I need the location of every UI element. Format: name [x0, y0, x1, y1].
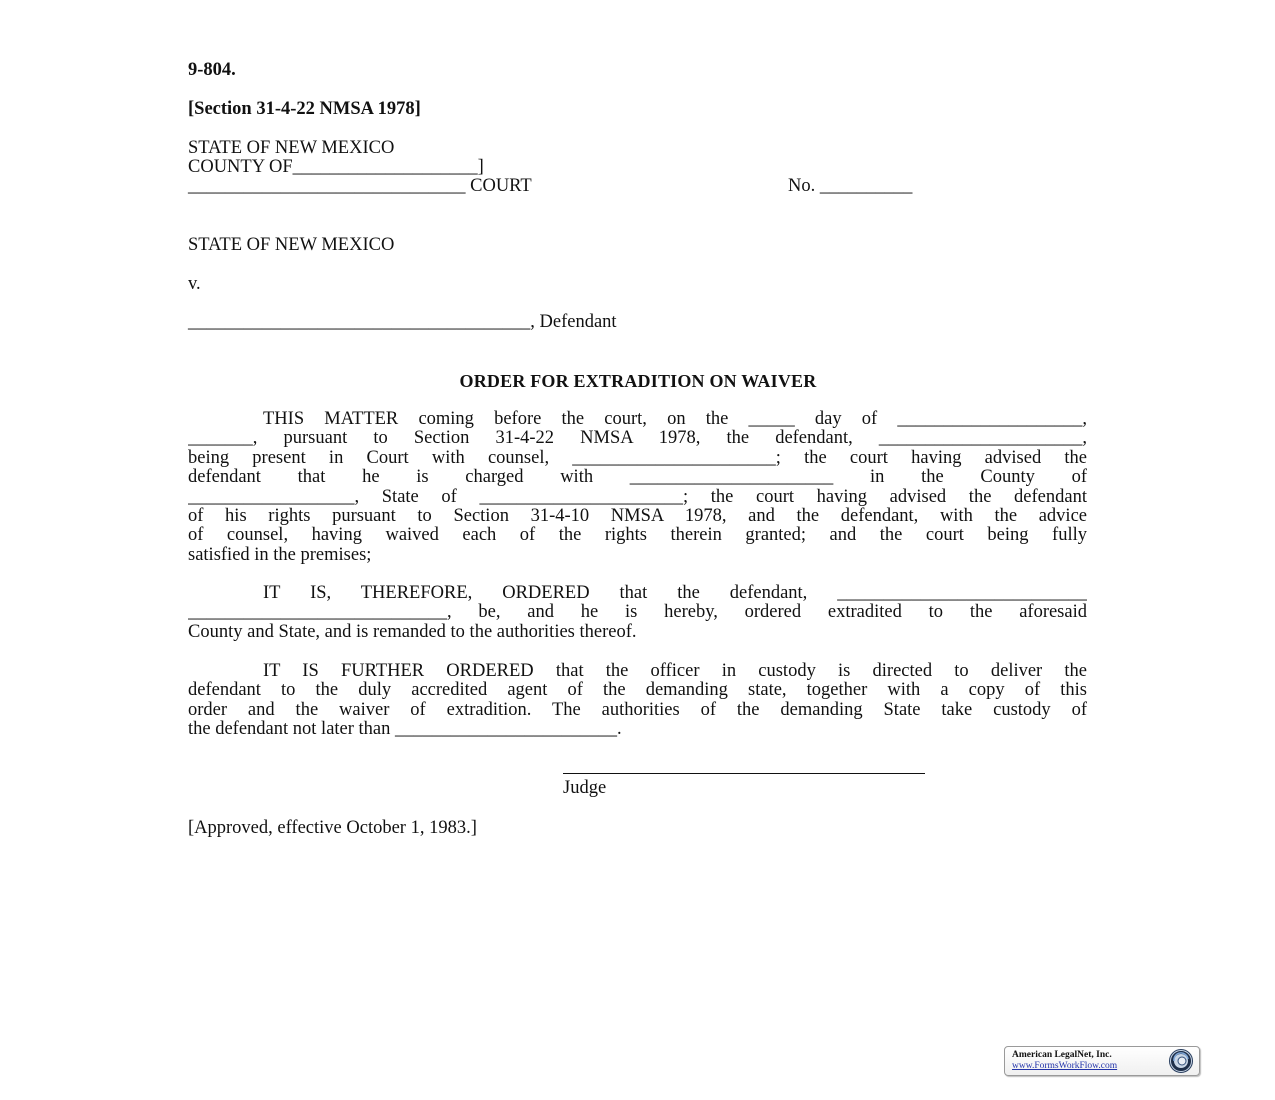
paragraph-line: __________________, State of ___________… — [188, 488, 1087, 507]
defendant-line: _____________________________________, D… — [188, 312, 617, 332]
document-page: 9-804. [Section 31-4-22 NMSA 1978] STATE… — [0, 0, 1275, 1100]
plaintiff-name: STATE OF NEW MEXICO — [188, 235, 394, 255]
versus-label: v. — [188, 274, 201, 294]
paragraph-line: of counsel, having waived each of the ri… — [188, 526, 1087, 545]
paragraph-line: being present in Court with counsel, ___… — [188, 449, 1087, 468]
paragraph-line: defendant that he is charged with ______… — [188, 468, 1087, 487]
globe-logo-icon — [1168, 1048, 1194, 1074]
paragraph-line: IT IS FURTHER ORDERED that the officer i… — [188, 662, 1087, 681]
paragraph-line: _______, pursuant to Section 31-4-22 NMS… — [188, 429, 1087, 448]
american-legalnet-badge[interactable]: American LegalNet, Inc. www.FormsWorkFlo… — [1004, 1046, 1200, 1076]
paragraph-line: THIS MATTER coming before the court, on … — [188, 410, 1087, 429]
paragraph-line: order and the waiver of extradition. The… — [188, 701, 1087, 720]
caption-state: STATE OF NEW MEXICO — [188, 138, 394, 158]
badge-company-name: American LegalNet, Inc. — [1012, 1050, 1112, 1060]
paragraph-line: ____________________________, be, and he… — [188, 603, 1087, 622]
judge-label: Judge — [563, 778, 606, 798]
rule-number: 9-804. — [188, 60, 236, 80]
paragraph-line: IT IS, THEREFORE, ORDERED that the defen… — [188, 584, 1087, 603]
badge-url-link[interactable]: www.FormsWorkFlow.com — [1012, 1061, 1117, 1071]
paragraph-matter: THIS MATTER coming before the court, on … — [188, 410, 1087, 565]
paragraph-line: County and State, and is remanded to the… — [188, 623, 1087, 642]
document-title: ORDER FOR EXTRADITION ON WAIVER — [188, 371, 1088, 391]
paragraph-line: defendant to the duly accredited agent o… — [188, 681, 1087, 700]
paragraph-line: of his rights pursuant to Section 31-4-1… — [188, 507, 1087, 526]
paragraph-ordered: IT IS, THEREFORE, ORDERED that the defen… — [188, 584, 1087, 642]
paragraph-line: the defendant not later than ___________… — [188, 720, 1087, 739]
case-number: No. __________ — [788, 176, 912, 196]
judge-signature-line — [563, 773, 925, 774]
approval-note: [Approved, effective October 1, 1983.] — [188, 818, 477, 838]
statute-reference: [Section 31-4-22 NMSA 1978] — [188, 99, 421, 119]
paragraph-further-ordered: IT IS FURTHER ORDERED that the officer i… — [188, 662, 1087, 740]
caption-court: ______________________________ COURT — [188, 176, 532, 196]
caption-county: COUNTY OF____________________] — [188, 157, 484, 177]
paragraph-line: satisfied in the premises; — [188, 546, 1087, 565]
